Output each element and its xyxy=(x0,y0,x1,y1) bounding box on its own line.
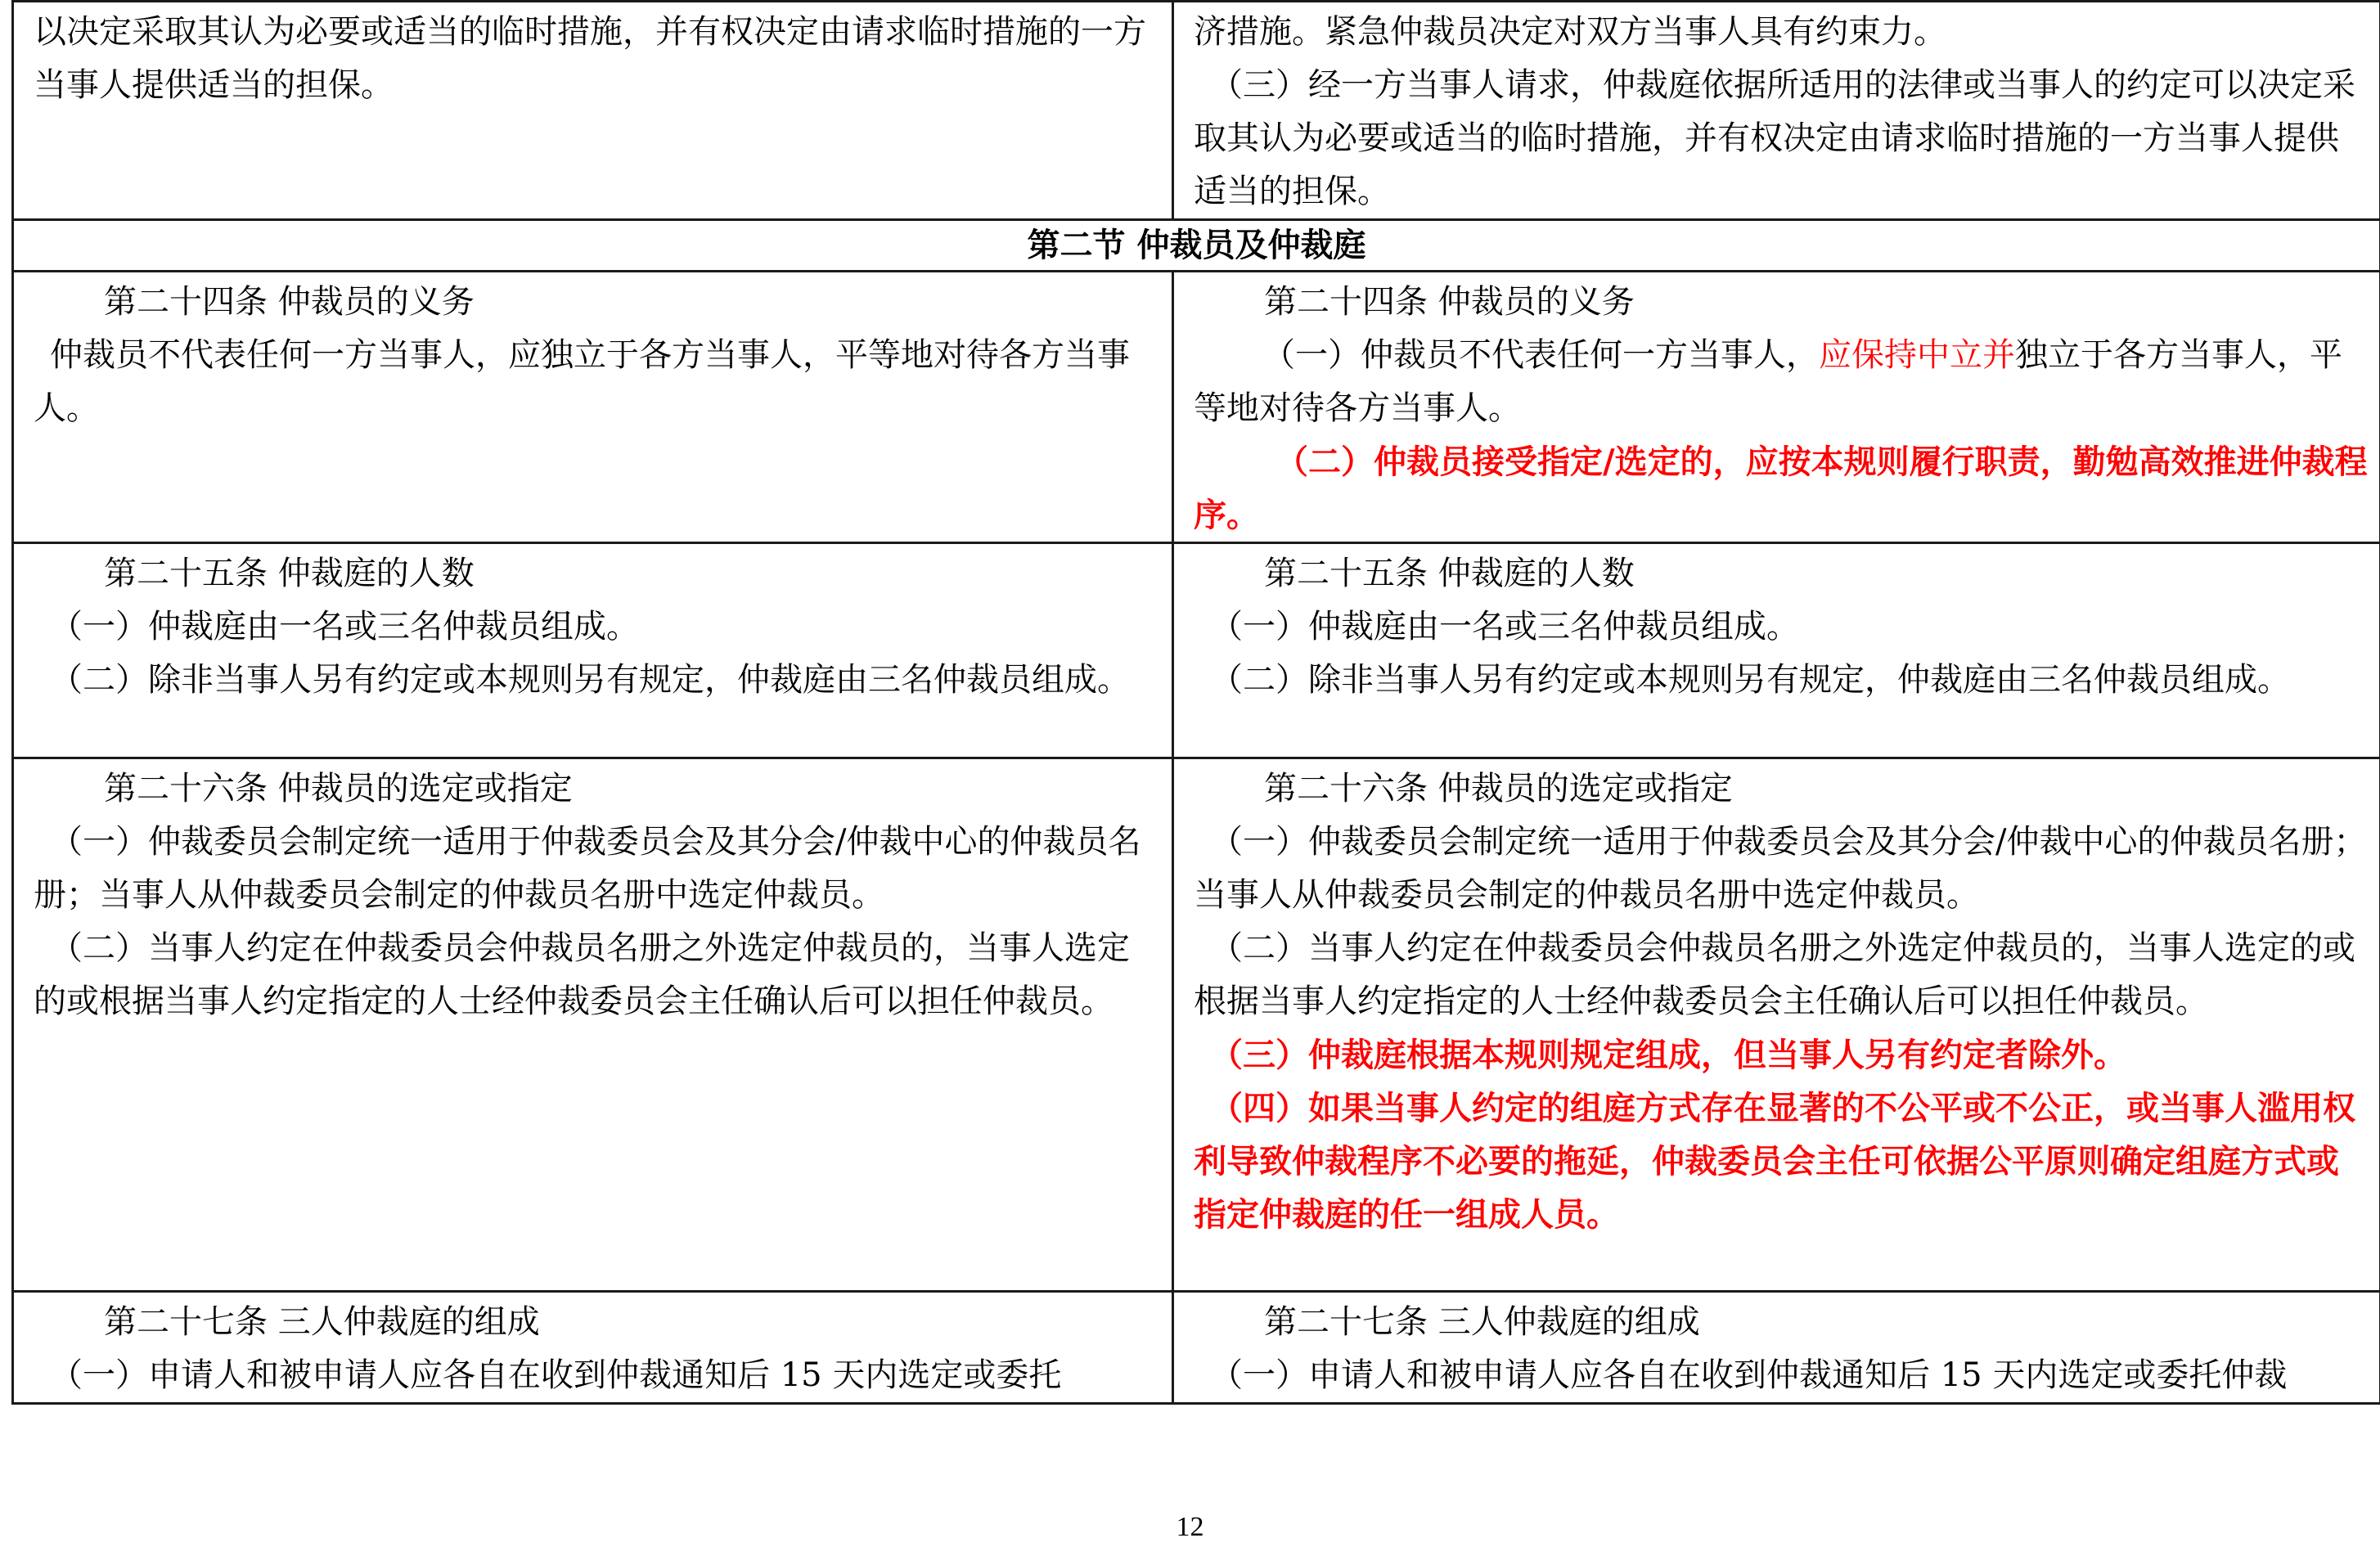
table-row: 第二十七条 三人仲裁庭的组成 （一）申请人和被申请人应各自在收到仲裁通知后 15… xyxy=(13,1292,2380,1404)
article-title: 第二十六条 仲裁员的选定或指定 xyxy=(34,762,1162,816)
section-header-row: 第二节 仲裁员及仲裁庭 xyxy=(13,220,2380,272)
new-rule-text: 济措施。紧急仲裁员决定对双方当事人具有约束力。 xyxy=(1194,6,2369,59)
new-rule-cell: 第二十四条 仲裁员的义务 （一）仲裁员不代表任何一方当事人，应保持中立并独立于各… xyxy=(1173,272,2380,543)
new-rule-text: （一）仲裁员不代表任何一方当事人，应保持中立并独立于各方当事人，平等地对待各方当… xyxy=(1194,329,2369,435)
article-title: 第二十五条 仲裁庭的人数 xyxy=(1194,547,2369,600)
added-text: （二）仲裁员接受指定/选定的，应按本规则履行职责，勤勉高效推进仲裁程序。 xyxy=(1194,435,2369,542)
new-rule-text: （二）当事人约定在仲裁委员会仲裁员名册之外选定仲裁员的，当事人选定的或根据当事人… xyxy=(1194,922,2369,1028)
article-title: 第二十四条 仲裁员的义务 xyxy=(34,276,1162,329)
old-rule-text: （一）仲裁委员会制定统一适用于仲裁委员会及其分会/仲裁中心的仲裁员名册；当事人从… xyxy=(34,816,1162,922)
added-text: （三）仲裁庭根据本规则规定组成，但当事人另有约定者除外。 xyxy=(1194,1028,2369,1082)
table-row: 第二十四条 仲裁员的义务 仲裁员不代表任何一方当事人，应独立于各方当事人，平等地… xyxy=(13,272,2380,543)
table-row: 以决定采取其认为必要或适当的临时措施，并有权决定由请求临时措施的一方当事人提供适… xyxy=(13,2,2380,220)
old-rule-cell: 第二十六条 仲裁员的选定或指定 （一）仲裁委员会制定统一适用于仲裁委员会及其分会… xyxy=(13,758,1173,1292)
document-page: 以决定采取其认为必要或适当的临时措施，并有权决定由请求临时措施的一方当事人提供适… xyxy=(0,0,2380,1556)
old-rule-text: 以决定采取其认为必要或适当的临时措施，并有权决定由请求临时措施的一方当事人提供适… xyxy=(34,6,1162,112)
old-rule-cell: 第二十七条 三人仲裁庭的组成 （一）申请人和被申请人应各自在收到仲裁通知后 15… xyxy=(13,1292,1173,1404)
article-title: 第二十七条 三人仲裁庭的组成 xyxy=(1194,1296,2369,1349)
new-rule-cell: 第二十五条 仲裁庭的人数 （一）仲裁庭由一名或三名仲裁员组成。 （二）除非当事人… xyxy=(1173,543,2380,758)
old-rule-text: （二）除非当事人另有约定或本规则另有规定，仲裁庭由三名仲裁员组成。 xyxy=(34,654,1162,707)
table-row: 第二十五条 仲裁庭的人数 （一）仲裁庭由一名或三名仲裁员组成。 （二）除非当事人… xyxy=(13,543,2380,758)
article-title: 第二十四条 仲裁员的义务 xyxy=(1194,276,2369,329)
comparison-table: 以决定采取其认为必要或适当的临时措施，并有权决定由请求临时措施的一方当事人提供适… xyxy=(11,0,2380,1405)
article-title: 第二十七条 三人仲裁庭的组成 xyxy=(34,1296,1162,1349)
article-title: 第二十六条 仲裁员的选定或指定 xyxy=(1194,762,2369,816)
old-rule-text: 仲裁员不代表任何一方当事人，应独立于各方当事人，平等地对待各方当事人。 xyxy=(34,329,1162,435)
new-rule-text: （二）除非当事人另有约定或本规则另有规定，仲裁庭由三名仲裁员组成。 xyxy=(1194,654,2369,707)
old-rule-cell: 以决定采取其认为必要或适当的临时措施，并有权决定由请求临时措施的一方当事人提供适… xyxy=(13,2,1173,220)
new-rule-text: （一）申请人和被申请人应各自在收到仲裁通知后 15 天内选定或委托仲裁 xyxy=(1194,1349,2369,1402)
old-rule-text: （一）仲裁庭由一名或三名仲裁员组成。 xyxy=(34,600,1162,654)
old-rule-text: （二）当事人约定在仲裁委员会仲裁员名册之外选定仲裁员的，当事人选定的或根据当事人… xyxy=(34,922,1162,1028)
old-rule-text: （一）申请人和被申请人应各自在收到仲裁通知后 15 天内选定或委托 xyxy=(34,1349,1162,1402)
new-rule-cell: 第二十六条 仲裁员的选定或指定 （一）仲裁委员会制定统一适用于仲裁委员会及其分会… xyxy=(1173,758,2380,1292)
new-rule-text: （三）经一方当事人请求，仲裁庭依据所适用的法律或当事人的约定可以决定采取其认为必… xyxy=(1194,59,2369,218)
old-rule-cell: 第二十四条 仲裁员的义务 仲裁员不代表任何一方当事人，应独立于各方当事人，平等地… xyxy=(13,272,1173,543)
new-rule-cell: 济措施。紧急仲裁员决定对双方当事人具有约束力。 （三）经一方当事人请求，仲裁庭依… xyxy=(1173,2,2380,220)
table-row: 第二十六条 仲裁员的选定或指定 （一）仲裁委员会制定统一适用于仲裁委员会及其分会… xyxy=(13,758,2380,1292)
section-header: 第二节 仲裁员及仲裁庭 xyxy=(13,220,2380,272)
unchanged-text: （一）仲裁员不代表任何一方当事人， xyxy=(1262,336,1819,374)
page-number: 12 xyxy=(0,1512,2380,1543)
article-title: 第二十五条 仲裁庭的人数 xyxy=(34,547,1162,600)
new-rule-text: （一）仲裁委员会制定统一适用于仲裁委员会及其分会/仲裁中心的仲裁员名册；当事人从… xyxy=(1194,816,2369,922)
old-rule-cell: 第二十五条 仲裁庭的人数 （一）仲裁庭由一名或三名仲裁员组成。 （二）除非当事人… xyxy=(13,543,1173,758)
added-text: （四）如果当事人约定的组庭方式存在显著的不公平或不公正，或当事人滥用权利导致仲裁… xyxy=(1194,1082,2369,1241)
new-rule-text: （一）仲裁庭由一名或三名仲裁员组成。 xyxy=(1194,600,2369,654)
new-rule-cell: 第二十七条 三人仲裁庭的组成 （一）申请人和被申请人应各自在收到仲裁通知后 15… xyxy=(1173,1292,2380,1404)
added-text: 应保持中立并 xyxy=(1819,336,2015,374)
